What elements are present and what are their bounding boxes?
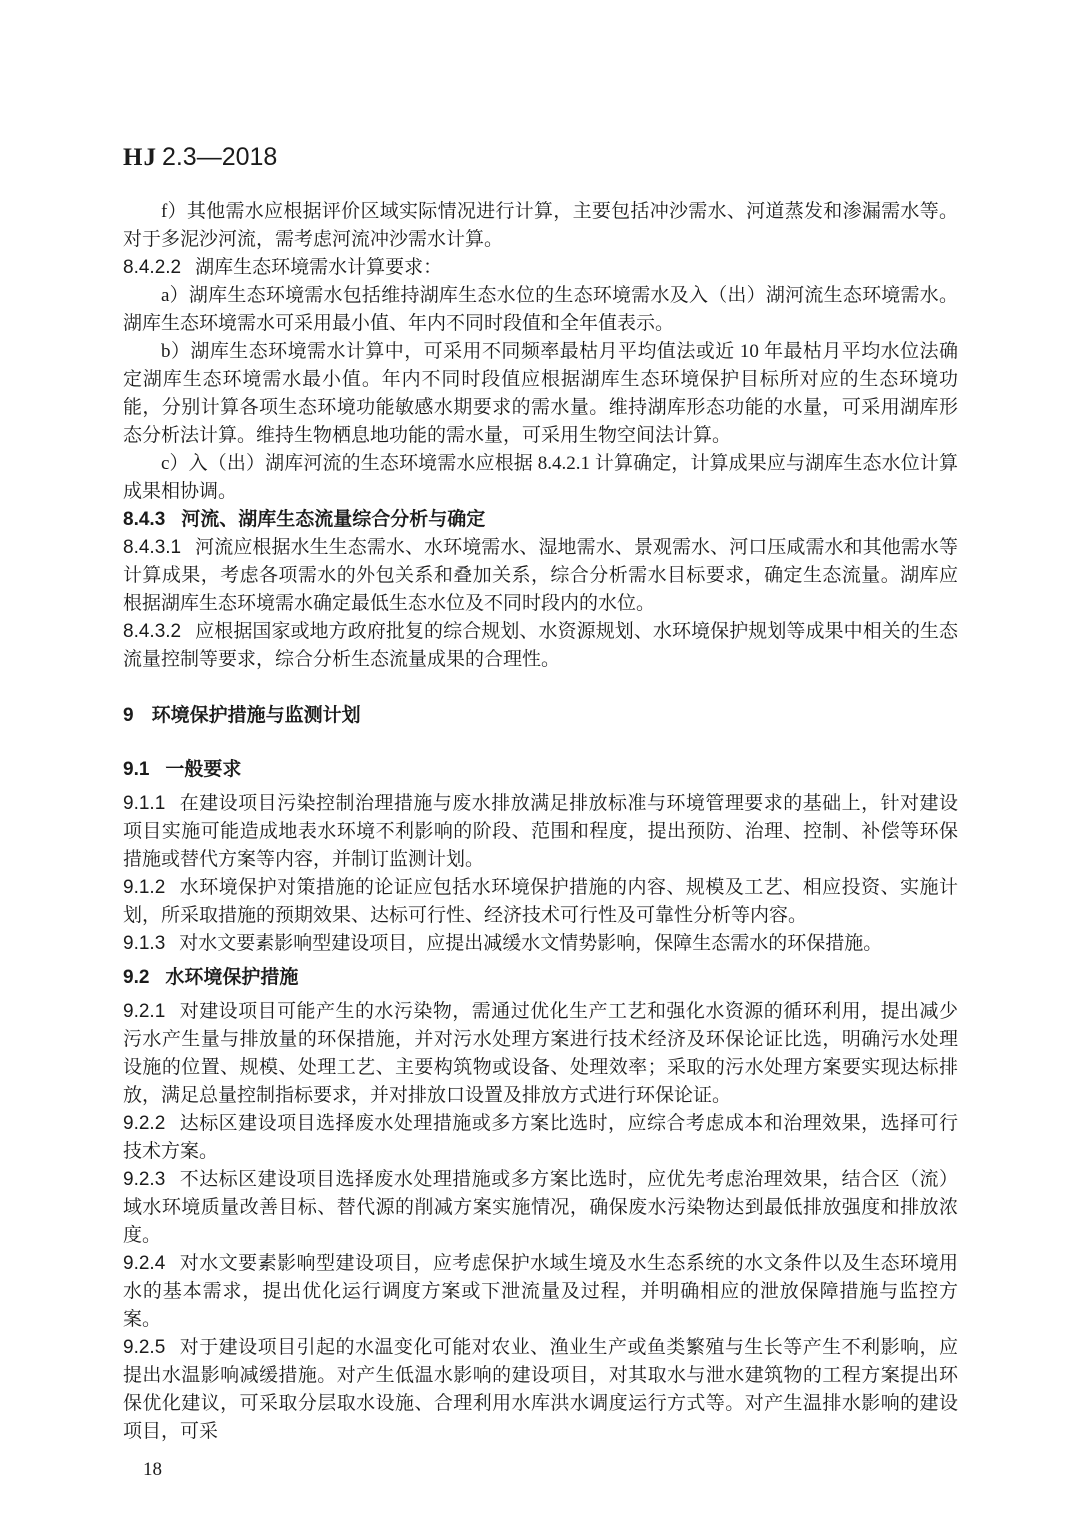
clause-paragraph: 9.2.4对水文要素影响型建设项目，应考虑保护水域生境及水生态系统的水文条件以及… bbox=[123, 1250, 958, 1334]
clause-number: 9.2 bbox=[123, 967, 149, 988]
section-heading: 9环境保护措施与监测计划 bbox=[123, 702, 958, 730]
clause-paragraph: 9.2.3不达标区建设项目选择废水处理措施或多方案比选时，应优先考虑治理效果，结… bbox=[123, 1166, 958, 1250]
clause-text: 湖库生态环境需水计算要求： bbox=[195, 257, 442, 278]
clause-text: 河流应根据水生生态需水、水环境需水、湿地需水、景观需水、河口压咸需水和其他需水等… bbox=[123, 537, 958, 614]
standard-code-prefix: HJ bbox=[123, 144, 157, 171]
clause-number: 8.4.2.2 bbox=[123, 257, 181, 278]
clause-number: 9.1.1 bbox=[123, 793, 165, 814]
clause-text: 一般要求 bbox=[165, 759, 241, 780]
subsection-heading: 9.2水环境保护措施 bbox=[123, 964, 958, 992]
clause-number: 9.2.3 bbox=[123, 1169, 165, 1190]
clause-text: 对水文要素影响型建设项目，应提出减缓水文情势影响，保障生态需水的环保措施。 bbox=[179, 933, 882, 954]
subsection-heading: 9.1一般要求 bbox=[123, 756, 958, 784]
clause-number: 8.4.3.1 bbox=[123, 537, 181, 558]
clause-text: 水环境保护措施 bbox=[165, 967, 298, 988]
clause-number: 9.2.4 bbox=[123, 1253, 165, 1274]
clause-text: 在建设项目污染控制治理措施与废水排放满足排放标准与环境管理要求的基础上，针对建设… bbox=[123, 793, 958, 870]
clause-number: 9 bbox=[123, 705, 134, 726]
clause-paragraph: 9.1.1在建设项目污染控制治理措施与废水排放满足排放标准与环境管理要求的基础上… bbox=[123, 790, 958, 874]
clause-number: 9.1 bbox=[123, 759, 149, 780]
clause-paragraph: 9.2.1对建设项目可能产生的水污染物，需通过优化生产工艺和强化水资源的循环利用… bbox=[123, 998, 958, 1110]
clause-number: 8.4.3 bbox=[123, 509, 165, 530]
paragraph-text: a）湖库生态环境需水包括维持湖库生态水位的生态环境需水及入（出）湖河流生态环境需… bbox=[123, 285, 958, 334]
clause-text: 应根据国家或地方政府批复的综合规划、水资源规划、水环境保护规划等成果中相关的生态… bbox=[123, 621, 958, 670]
list-item-paragraph: c）入（出）湖库河流的生态环境需水应根据 8.4.2.1 计算确定，计算成果应与… bbox=[123, 450, 958, 506]
document-body: f）其他需水应根据评价区域实际情况进行计算，主要包括冲沙需水、河道蒸发和渗漏需水… bbox=[123, 198, 958, 1446]
clause-text: 对于建设项目引起的水温变化可能对农业、渔业生产或鱼类繁殖与生长等产生不利影响，应… bbox=[123, 1337, 958, 1442]
clause-text: 对建设项目可能产生的水污染物，需通过优化生产工艺和强化水资源的循环利用，提出减少… bbox=[123, 1001, 958, 1106]
clause-text: 不达标区建设项目选择废水处理措施或多方案比选时，应优先考虑治理效果，结合区（流）… bbox=[123, 1169, 958, 1246]
clause-text: 环境保护措施与监测计划 bbox=[152, 705, 361, 726]
list-item-paragraph: b）湖库生态环境需水计算中，可采用不同频率最枯月平均值法或近 10 年最枯月平均… bbox=[123, 338, 958, 450]
clause-paragraph: 9.2.5对于建设项目引起的水温变化可能对农业、渔业生产或鱼类繁殖与生长等产生不… bbox=[123, 1334, 958, 1446]
document-page: HJ2.3—2018 f）其他需水应根据评价区域实际情况进行计算，主要包括冲沙需… bbox=[0, 0, 1080, 1515]
clause-number: 9.1.3 bbox=[123, 933, 165, 954]
clause-paragraph: 8.4.2.2湖库生态环境需水计算要求： bbox=[123, 254, 958, 282]
paragraph-text: c）入（出）湖库河流的生态环境需水应根据 8.4.2.1 计算确定，计算成果应与… bbox=[123, 453, 958, 502]
paragraph-text: f）其他需水应根据评价区域实际情况进行计算，主要包括冲沙需水、河道蒸发和渗漏需水… bbox=[123, 201, 958, 250]
clause-text: 达标区建设项目选择废水处理措施或多方案比选时，应综合考虑成本和治理效果，选择可行… bbox=[123, 1113, 958, 1162]
paragraph-text: b）湖库生态环境需水计算中，可采用不同频率最枯月平均值法或近 10 年最枯月平均… bbox=[123, 341, 958, 446]
page-number: 18 bbox=[123, 1456, 958, 1484]
clause-number: 9.2.1 bbox=[123, 1001, 165, 1022]
clause-number: 8.4.3.2 bbox=[123, 621, 181, 642]
clause-paragraph: 9.1.3对水文要素影响型建设项目，应提出减缓水文情势影响，保障生态需水的环保措… bbox=[123, 930, 958, 958]
subsection-heading: 8.4.3河流、湖库生态流量综合分析与确定 bbox=[123, 506, 958, 534]
clause-text: 水环境保护对策措施的论证应包括水环境保护措施的内容、规模及工艺、相应投资、实施计… bbox=[123, 877, 958, 926]
clause-paragraph: 9.2.2达标区建设项目选择废水处理措施或多方案比选时，应综合考虑成本和治理效果… bbox=[123, 1110, 958, 1166]
clause-paragraph: 8.4.3.2应根据国家或地方政府批复的综合规划、水资源规划、水环境保护规划等成… bbox=[123, 618, 958, 674]
clause-number: 9.2.5 bbox=[123, 1337, 165, 1358]
clause-number: 9.1.2 bbox=[123, 877, 165, 898]
clause-text: 对水文要素影响型建设项目，应考虑保护水域生境及水生态系统的水文条件以及生态环境用… bbox=[123, 1253, 958, 1330]
standard-number: 2.3—2018 bbox=[162, 143, 277, 171]
list-item-paragraph: a）湖库生态环境需水包括维持湖库生态水位的生态环境需水及入（出）湖河流生态环境需… bbox=[123, 282, 958, 338]
clause-paragraph: 8.4.3.1河流应根据水生生态需水、水环境需水、湿地需水、景观需水、河口压咸需… bbox=[123, 534, 958, 618]
clause-number: 9.2.2 bbox=[123, 1113, 165, 1134]
list-item-paragraph: f）其他需水应根据评价区域实际情况进行计算，主要包括冲沙需水、河道蒸发和渗漏需水… bbox=[123, 198, 958, 254]
clause-paragraph: 9.1.2水环境保护对策措施的论证应包括水环境保护措施的内容、规模及工艺、相应投… bbox=[123, 874, 958, 930]
document-header: HJ2.3—2018 bbox=[123, 142, 958, 173]
clause-text: 河流、湖库生态流量综合分析与确定 bbox=[181, 509, 485, 530]
